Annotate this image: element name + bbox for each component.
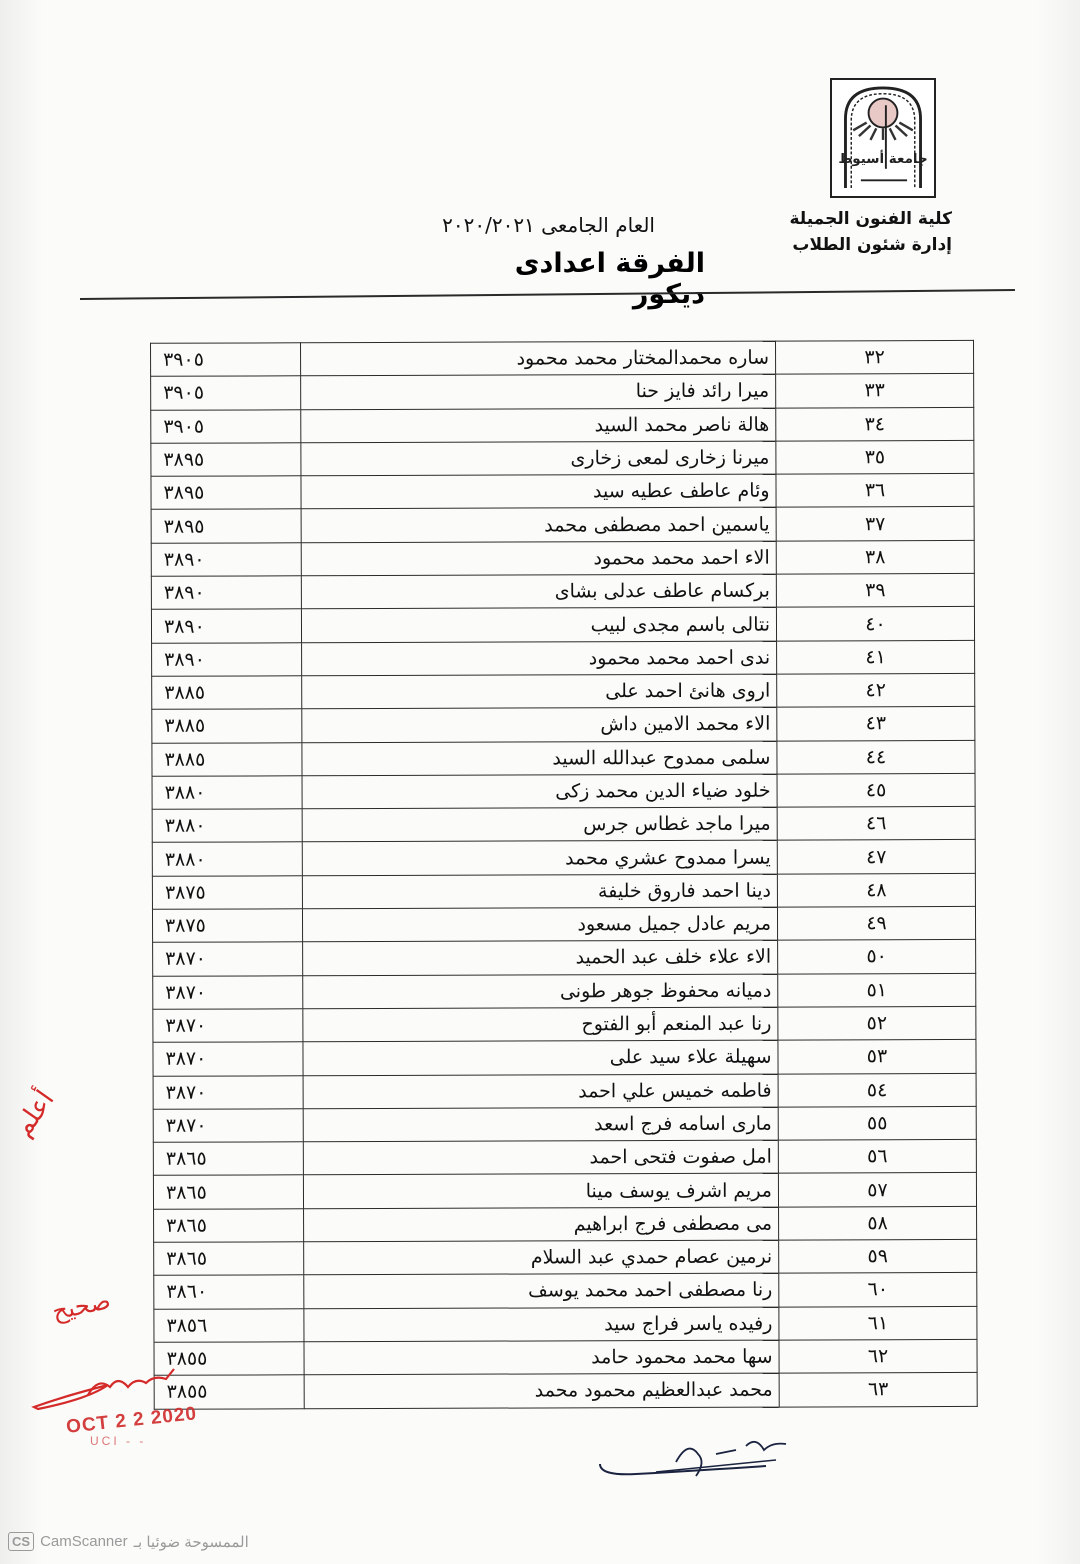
row-number: ٣٩ <box>776 574 974 608</box>
table-row: ٤٧يسرا ممدوح عشري محمد٣٨٨٠ <box>152 840 975 876</box>
row-number: ٣٥ <box>776 440 974 474</box>
student-name: نتالى باسم مجدى لبيب <box>301 607 776 642</box>
svg-text:جامعة أسيوط: جامعة أسيوط <box>838 150 927 167</box>
table-row: ٥٥مارى اسامه فرج اسعد٣٨٧٠ <box>153 1106 976 1142</box>
table-row: ٦١رفيده ياسر فراج سيد٣٨٥٦ <box>154 1306 977 1342</box>
student-score: ٣٨٨٥ <box>152 709 302 743</box>
camscanner-watermark: CS CamScanner الممسوحة ضوئيا بـ <box>8 1532 249 1551</box>
table-row: ٣٨الاء احمد محمد محمود٣٨٩٠ <box>151 540 974 576</box>
department-name: إدارة شئون الطلاب <box>789 232 952 258</box>
roster-table: ٣٢ساره محمدالمختار محمد محمود٣٩٠٥٣٣ميرا … <box>150 340 978 1409</box>
student-score: ٣٨٧٥ <box>152 876 302 910</box>
student-score: ٣٨٦٥ <box>153 1142 303 1176</box>
student-name: الاء احمد محمد محمود <box>301 541 776 576</box>
student-score: ٣٨٦٥ <box>154 1242 304 1276</box>
student-name: سلمى ممدوح عبدالله السيد <box>302 741 777 776</box>
row-number: ٤٢ <box>777 673 975 707</box>
student-score: ٣٨٦٥ <box>154 1208 304 1242</box>
student-name: رفيده ياسر فراج سيد <box>304 1307 779 1342</box>
table-row: ٣٣ميرا رائد فايز حنا٣٩٠٥ <box>151 374 974 410</box>
table-row: ٥٧مريم اشرف يوسف مينا٣٨٦٥ <box>153 1173 976 1209</box>
row-number: ٦٠ <box>779 1273 977 1307</box>
student-name: رنا عبد المنعم أبو الفتوح <box>303 1007 778 1042</box>
row-number: ٤٧ <box>777 840 975 874</box>
table-row: ٥٣سهيلة علاء سيد على٣٨٧٠ <box>153 1040 976 1076</box>
student-score: ٣٨٧٠ <box>153 1042 303 1076</box>
table-row: ٣٥ميرنا زخارى لمعى زخارى٣٨٩٥ <box>151 440 974 476</box>
university-logo: جامعة أسيوط <box>830 78 936 198</box>
handwritten-note: أعلم <box>8 1085 60 1142</box>
student-score: ٣٨٨٠ <box>152 776 302 810</box>
table-row: ٦٢سها محمد محمود حامد٣٨٥٥ <box>154 1339 977 1375</box>
student-name: بركسام عاطف عدلى بشاى <box>301 574 776 609</box>
student-name: امل صفوت فتحى احمد <box>303 1140 778 1175</box>
table-row: ٥٤فاطمه خميس علي احمد٣٨٧٠ <box>153 1073 976 1109</box>
class-title: الفرقة اعدادى ديكور <box>440 248 705 310</box>
student-name: سهيلة علاء سيد على <box>303 1040 778 1075</box>
student-name: دينا احمد فاروق خليفة <box>302 874 777 909</box>
row-number: ٦٢ <box>779 1339 977 1373</box>
student-score: ٣٨٧٠ <box>153 942 303 976</box>
watermark-text: الممسوحة ضوئيا بـ <box>134 1533 249 1551</box>
table-row: ٤٤سلمى ممدوح عبدالله السيد٣٨٨٥ <box>152 740 975 776</box>
table-row: ٣٤هالة ناصر محمد السيد٣٩٠٥ <box>151 407 974 443</box>
student-name: دميانه محفوظ جوهر طونى <box>303 974 778 1009</box>
row-number: ٥٩ <box>779 1239 977 1273</box>
row-number: ٥٤ <box>778 1073 976 1107</box>
student-score: ٣٨٧٠ <box>153 1109 303 1143</box>
student-score: ٣٨٩٥ <box>151 443 301 477</box>
row-number: ٥٧ <box>778 1173 976 1207</box>
table-row: ٣٧ياسمين احمد مصطفى محمد٣٨٩٥ <box>151 507 974 543</box>
student-score: ٣٨٧٠ <box>153 1075 303 1109</box>
row-number: ٥٣ <box>778 1040 976 1074</box>
table-row: ٣٩بركسام عاطف عدلى بشاى٣٨٩٠ <box>151 574 974 610</box>
student-name: فاطمه خميس علي احمد <box>303 1074 778 1109</box>
student-score: ٣٨٧٠ <box>153 1009 303 1043</box>
student-score: ٣٨٩٠ <box>151 576 301 610</box>
student-name: محمد عبدالعظيم محمود محمد <box>304 1373 779 1408</box>
row-number: ٤١ <box>777 640 975 674</box>
student-score: ٣٨٩٥ <box>151 509 301 543</box>
student-name: مى مصطفى فرج ابراهيم <box>304 1207 779 1242</box>
row-number: ٥٢ <box>778 1006 976 1040</box>
table-row: ٤٠نتالى باسم مجدى لبيب٣٨٩٠ <box>151 607 974 643</box>
student-name: الاء محمد الامين داش <box>302 707 777 742</box>
table-row: ٣٦وئام عاطف عطيه سيد٣٨٩٥ <box>151 474 974 510</box>
table-row: ٤٩مريم عادل جميل مسعود٣٨٧٥ <box>152 906 975 942</box>
date-stamp-shadow: UCI - - <box>90 1434 146 1448</box>
table-row: ٤٢اروى هانئ احمد على٣٨٨٥ <box>152 673 975 709</box>
table-row: ٦٠رنا مصطفى احمد محمد يوسف٣٨٦٠ <box>154 1273 977 1309</box>
student-name: مريم عادل جميل مسعود <box>302 907 777 942</box>
student-score: ٣٨٩٠ <box>151 609 301 643</box>
row-number: ٣٤ <box>776 407 974 441</box>
student-name: نرمين عصام حمدي عبد السلام <box>304 1240 779 1275</box>
student-name: هالة ناصر محمد السيد <box>301 408 776 443</box>
student-table: ٣٢ساره محمدالمختار محمد محمود٣٩٠٥٣٣ميرا … <box>150 340 958 1409</box>
row-number: ٥١ <box>778 973 976 1007</box>
student-name: مارى اسامه فرج اسعد <box>303 1107 778 1142</box>
row-number: ٤٩ <box>777 906 975 940</box>
student-name: يسرا ممدوح عشري محمد <box>302 841 777 876</box>
row-number: ٤٥ <box>777 773 975 807</box>
table-row: ٤٥خلود ضياء الدين محمد زكى٣٨٨٠ <box>152 773 975 809</box>
row-number: ٦١ <box>779 1306 977 1340</box>
student-name: ساره محمدالمختار محمد محمود <box>301 341 776 376</box>
table-row: ٤١ندى احمد محمد محمود٣٨٩٠ <box>152 640 975 676</box>
student-score: ٣٨٩٠ <box>152 642 302 676</box>
student-score: ٣٨٨٠ <box>152 842 302 876</box>
row-number: ٤٤ <box>777 740 975 774</box>
row-number: ٦٣ <box>779 1373 977 1407</box>
college-name: كلية الفنون الجميلة <box>789 206 952 232</box>
table-row: ٥٢رنا عبد المنعم أبو الفتوح٣٨٧٠ <box>153 1006 976 1042</box>
table-row: ٤٦ميرا ماجد غطاس جرس٣٨٨٠ <box>152 807 975 843</box>
logo-emblem-icon: جامعة أسيوط <box>832 80 934 196</box>
row-number: ٥٠ <box>778 940 976 974</box>
table-row: ٦٣محمد عبدالعظيم محمود محمد٣٨٥٥ <box>154 1373 977 1409</box>
student-name: ميرنا زخارى لمعى زخارى <box>301 441 776 476</box>
student-score: ٣٨٧٠ <box>153 975 303 1009</box>
row-number: ٣٢ <box>776 340 974 374</box>
table-row: ٣٢ساره محمدالمختار محمد محمود٣٩٠٥ <box>151 340 974 376</box>
academic-year: العام الجامعى ٢٠٢٠/٢٠٢١ <box>385 213 655 237</box>
student-score: ٣٨٦٠ <box>154 1275 304 1309</box>
student-name: ندى احمد محمد محمود <box>302 641 777 676</box>
table-row: ٥٠الاء علاء خلف عبد الحميد٣٨٧٠ <box>153 940 976 976</box>
student-name: الاء علاء خلف عبد الحميد <box>303 940 778 975</box>
student-score: ٣٩٠٥ <box>151 343 301 377</box>
table-row: ٤٣الاء محمد الامين داش٣٨٨٥ <box>152 707 975 743</box>
student-name: مريم اشرف يوسف مينا <box>303 1174 778 1209</box>
table-row: ٥٨مى مصطفى فرج ابراهيم٣٨٦٥ <box>154 1206 977 1242</box>
row-number: ٤٨ <box>777 873 975 907</box>
row-number: ٤٠ <box>776 607 974 641</box>
student-score: ٣٨٧٥ <box>152 909 302 943</box>
table-row: ٥٦امل صفوت فتحى احمد٣٨٦٥ <box>153 1140 976 1176</box>
student-score: ٣٨٥٦ <box>154 1308 304 1342</box>
row-number: ٣٨ <box>776 540 974 574</box>
student-score: ٣٨٨٥ <box>152 676 302 710</box>
student-name: ميرا رائد فايز حنا <box>301 374 776 409</box>
student-name: وئام عاطف عطيه سيد <box>301 474 776 509</box>
student-score: ٣٩٠٥ <box>151 409 301 443</box>
row-number: ٤٦ <box>777 807 975 841</box>
student-score: ٣٨٩٠ <box>151 543 301 577</box>
student-score: ٣٨٨٥ <box>152 742 302 776</box>
table-row: ٥١دميانه محفوظ جوهر طونى٣٨٧٠ <box>153 973 976 1009</box>
student-name: رنا مصطفى احمد محمد يوسف <box>304 1273 779 1308</box>
student-name: ياسمين احمد مصطفى محمد <box>301 508 776 543</box>
watermark-brand: CamScanner <box>40 1533 128 1550</box>
row-number: ٥٦ <box>778 1140 976 1174</box>
student-score: ٣٨٦٥ <box>153 1175 303 1209</box>
student-score: ٣٨٩٥ <box>151 476 301 510</box>
row-number: ٣٣ <box>776 374 974 408</box>
signature-icon <box>596 1432 796 1482</box>
row-number: ٣٦ <box>776 474 974 508</box>
student-score: ٣٨٨٠ <box>152 809 302 843</box>
student-name: سها محمد محمود حامد <box>304 1340 779 1375</box>
row-number: ٥٨ <box>779 1206 977 1240</box>
student-name: خلود ضياء الدين محمد زكى <box>302 774 777 809</box>
student-name: اروى هانئ احمد على <box>302 674 777 709</box>
student-name: ميرا ماجد غطاس جرس <box>302 807 777 842</box>
student-score: ٣٩٠٥ <box>151 376 301 410</box>
institution-name: كلية الفنون الجميلة إدارة شئون الطلاب <box>789 206 952 258</box>
row-number: ٥٥ <box>778 1106 976 1140</box>
row-number: ٣٧ <box>776 507 974 541</box>
table-row: ٤٨دينا احمد فاروق خليفة٣٨٧٥ <box>152 873 975 909</box>
table-row: ٥٩نرمين عصام حمدي عبد السلام٣٨٦٥ <box>154 1239 977 1275</box>
camscanner-logo-icon: CS <box>8 1532 34 1551</box>
row-number: ٤٣ <box>777 707 975 741</box>
handwritten-approval: صحيح <box>50 1286 113 1326</box>
